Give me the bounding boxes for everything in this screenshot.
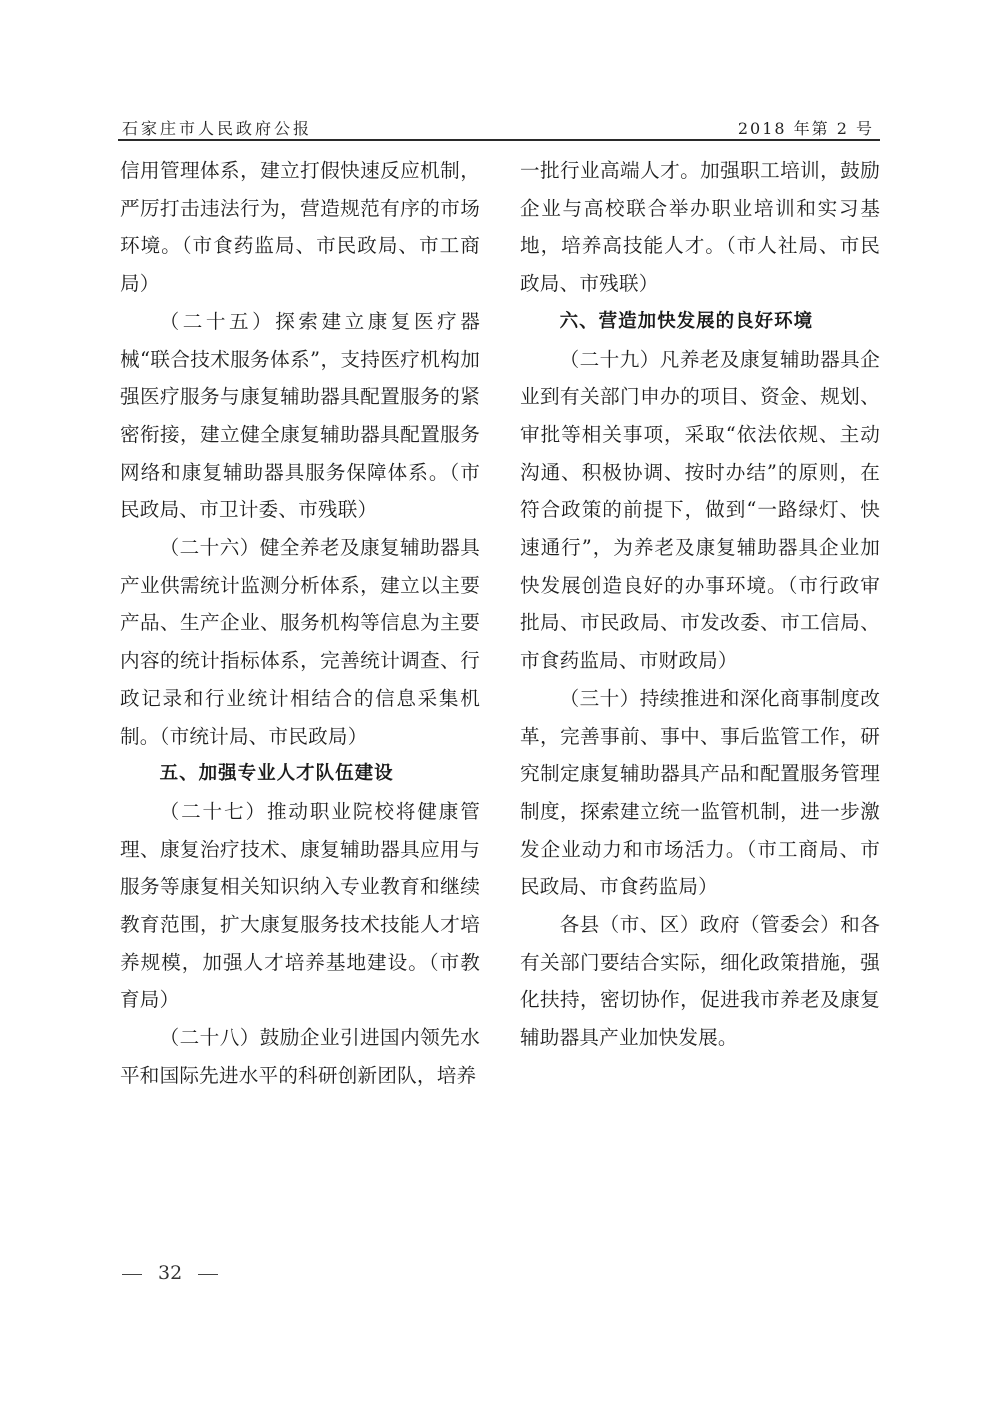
- paragraph-credit-system: 信用管理体系，建立打假快速反应机制，严厉打击违法行为，营造规范有序的市场环境。（…: [120, 152, 480, 303]
- issue-number: 2018 年第 2 号: [738, 116, 874, 139]
- paragraph-item-25: （二十五）探索建立康复医疗器械“联合技术服务体系”，支持医疗机构加强医疗服务与康…: [120, 303, 480, 529]
- paragraph-item-28-cont: 一批行业高端人才。加强职工培训，鼓励企业与高校联合举办职业培训和实习基地，培养高…: [520, 152, 880, 303]
- page-header: 石家庄市人民政府公报 2018 年第 2 号: [118, 114, 880, 140]
- right-column: 一批行业高端人才。加强职工培训，鼓励企业与高校联合举办职业培训和实习基地，培养高…: [520, 152, 880, 1057]
- publication-title: 石家庄市人民政府公报: [122, 116, 312, 139]
- paragraph-closing: 各县（市、区）政府（管委会）和各有关部门要结合实际，细化政策措施，强化扶持，密切…: [520, 906, 880, 1057]
- left-column: 信用管理体系，建立打假快速反应机制，严厉打击违法行为，营造规范有序的市场环境。（…: [120, 152, 480, 1095]
- paragraph-item-29: （二十九）凡养老及康复辅助器具企业到有关部门申办的项目、资金、规划、审批等相关事…: [520, 341, 880, 680]
- page-footer: 32: [122, 1262, 218, 1284]
- page-number: 32: [158, 1262, 182, 1284]
- footer-dash-right: [198, 1274, 218, 1275]
- paragraph-item-26: （二十六）健全养老及康复辅助器具产业供需统计监测分析体系，建立以主要产品、生产企…: [120, 529, 480, 755]
- footer-dash-left: [122, 1274, 142, 1275]
- header-rule: [118, 139, 880, 141]
- paragraph-item-30: （三十）持续推进和深化商事制度改革，完善事前、事中、事后监管工作，研究制定康复辅…: [520, 680, 880, 906]
- section-heading-6: 六、营造加快发展的良好环境: [520, 303, 880, 341]
- paragraph-item-28: （二十八）鼓励企业引进国内领先水平和国际先进水平的科研创新团队，培养: [120, 1019, 480, 1094]
- section-heading-5: 五、加强专业人才队伍建设: [120, 755, 480, 793]
- paragraph-item-27: （二十七）推动职业院校将健康管理、康复治疗技术、康复辅助器具应用与服务等康复相关…: [120, 793, 480, 1019]
